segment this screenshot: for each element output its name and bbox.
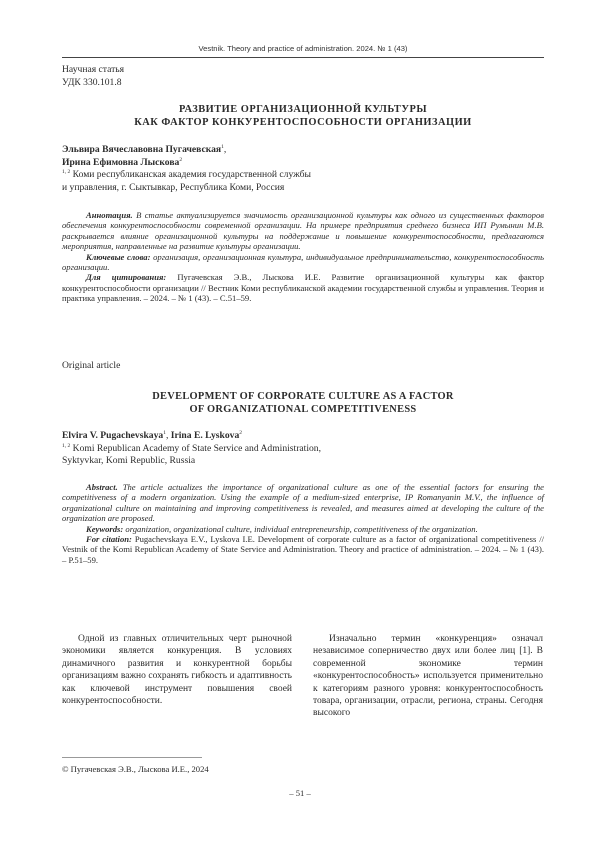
page-number: – 51 –: [0, 788, 600, 798]
keywords-en: organization, organizational culture, in…: [125, 524, 477, 534]
body-paragraph: Одной из главных отличительных черт рыно…: [62, 633, 292, 707]
abstract-label-en: Abstract.: [86, 482, 118, 492]
body-column-right: Изначально термин «конкуренция» означал …: [313, 633, 543, 720]
title-en-line1: DEVELOPMENT OF CORPORATE CULTURE AS A FA…: [62, 390, 544, 403]
abstract-text-en: The article actualizes the importance of…: [62, 482, 544, 523]
footnote-rule: [62, 757, 202, 758]
citation-en: Pugachevskaya E.V., Lyskova I.E. Develop…: [62, 534, 544, 565]
author-1-en: Elvira V. Pugachevskaya: [62, 430, 163, 441]
author-1-ru: Эльвира Вячеславовна Пугачевская: [62, 144, 221, 155]
header-rule: [62, 57, 544, 58]
abstract-label-ru: Аннотация.: [86, 210, 133, 220]
affiliation-en-line1: Komi Republican Academy of State Service…: [73, 443, 321, 454]
affiliation-ru-line1: Коми республиканская академия государств…: [73, 169, 311, 180]
original-article-label: Original article: [62, 360, 544, 371]
title-ru-line2: КАК ФАКТОР КОНКУРЕНТОСПОСОБНОСТИ ОРГАНИЗ…: [62, 116, 544, 129]
copyright-footnote: © Пугачевская Э.В., Лыскова И.Е., 2024: [62, 764, 209, 774]
authors-en: Elvira V. Pugachevskaya1, Irina E. Lysko…: [62, 430, 544, 468]
keywords-label-en: Keywords:: [86, 524, 123, 534]
author-2-ru: Ирина Ефимовна Лыскова: [62, 157, 179, 168]
author-2-en: Irina E. Lyskova: [171, 430, 240, 441]
title-ru-line1: РАЗВИТИЕ ОРГАНИЗАЦИОННОЙ КУЛЬТУРЫ: [62, 103, 544, 116]
title-ru: РАЗВИТИЕ ОРГАНИЗАЦИОННОЙ КУЛЬТУРЫ КАК ФА…: [62, 103, 544, 129]
running-head: Vestnik. Theory and practice of administ…: [62, 44, 544, 53]
authors-ru: Эльвира Вячеславовна Пугачевская1, Ирина…: [62, 144, 544, 194]
affiliation-en-line2: Syktyvkar, Komi Republic, Russia: [62, 455, 544, 468]
affiliation-ru-line2: и управления, г. Сыктывкар, Республика К…: [62, 182, 544, 195]
affil-ref: 1: [163, 430, 166, 436]
body-paragraph: Изначально термин «конкуренция» означал …: [313, 633, 543, 720]
keywords-label-ru: Ключевые слова:: [86, 252, 150, 262]
affil-ref: 2: [239, 430, 242, 436]
article-type: Научная статья: [62, 64, 544, 77]
body-column-left: Одной из главных отличительных черт рыно…: [62, 633, 292, 707]
abstract-ru: Аннотация. В статье актуализируется знач…: [62, 210, 544, 304]
citation-label-ru: Для цитирования:: [86, 272, 166, 282]
affil-ref: 1, 2: [62, 169, 70, 175]
title-en-line2: OF ORGANIZATIONAL COMPETITIVENESS: [62, 403, 544, 416]
affil-ref: 1: [221, 144, 224, 150]
affil-ref: 1, 2: [62, 442, 70, 448]
abstract-en: Abstract. The article actualizes the imp…: [62, 482, 544, 565]
citation-label-en: For citation:: [86, 534, 132, 544]
affil-ref: 2: [179, 156, 182, 162]
article-meta: Научная статья УДК 330.101.8: [62, 64, 544, 89]
title-en: DEVELOPMENT OF CORPORATE CULTURE AS A FA…: [62, 390, 544, 416]
udc-code: УДК 330.101.8: [62, 77, 544, 90]
abstract-text-ru: В статье актуализируется значимость орга…: [62, 210, 544, 251]
